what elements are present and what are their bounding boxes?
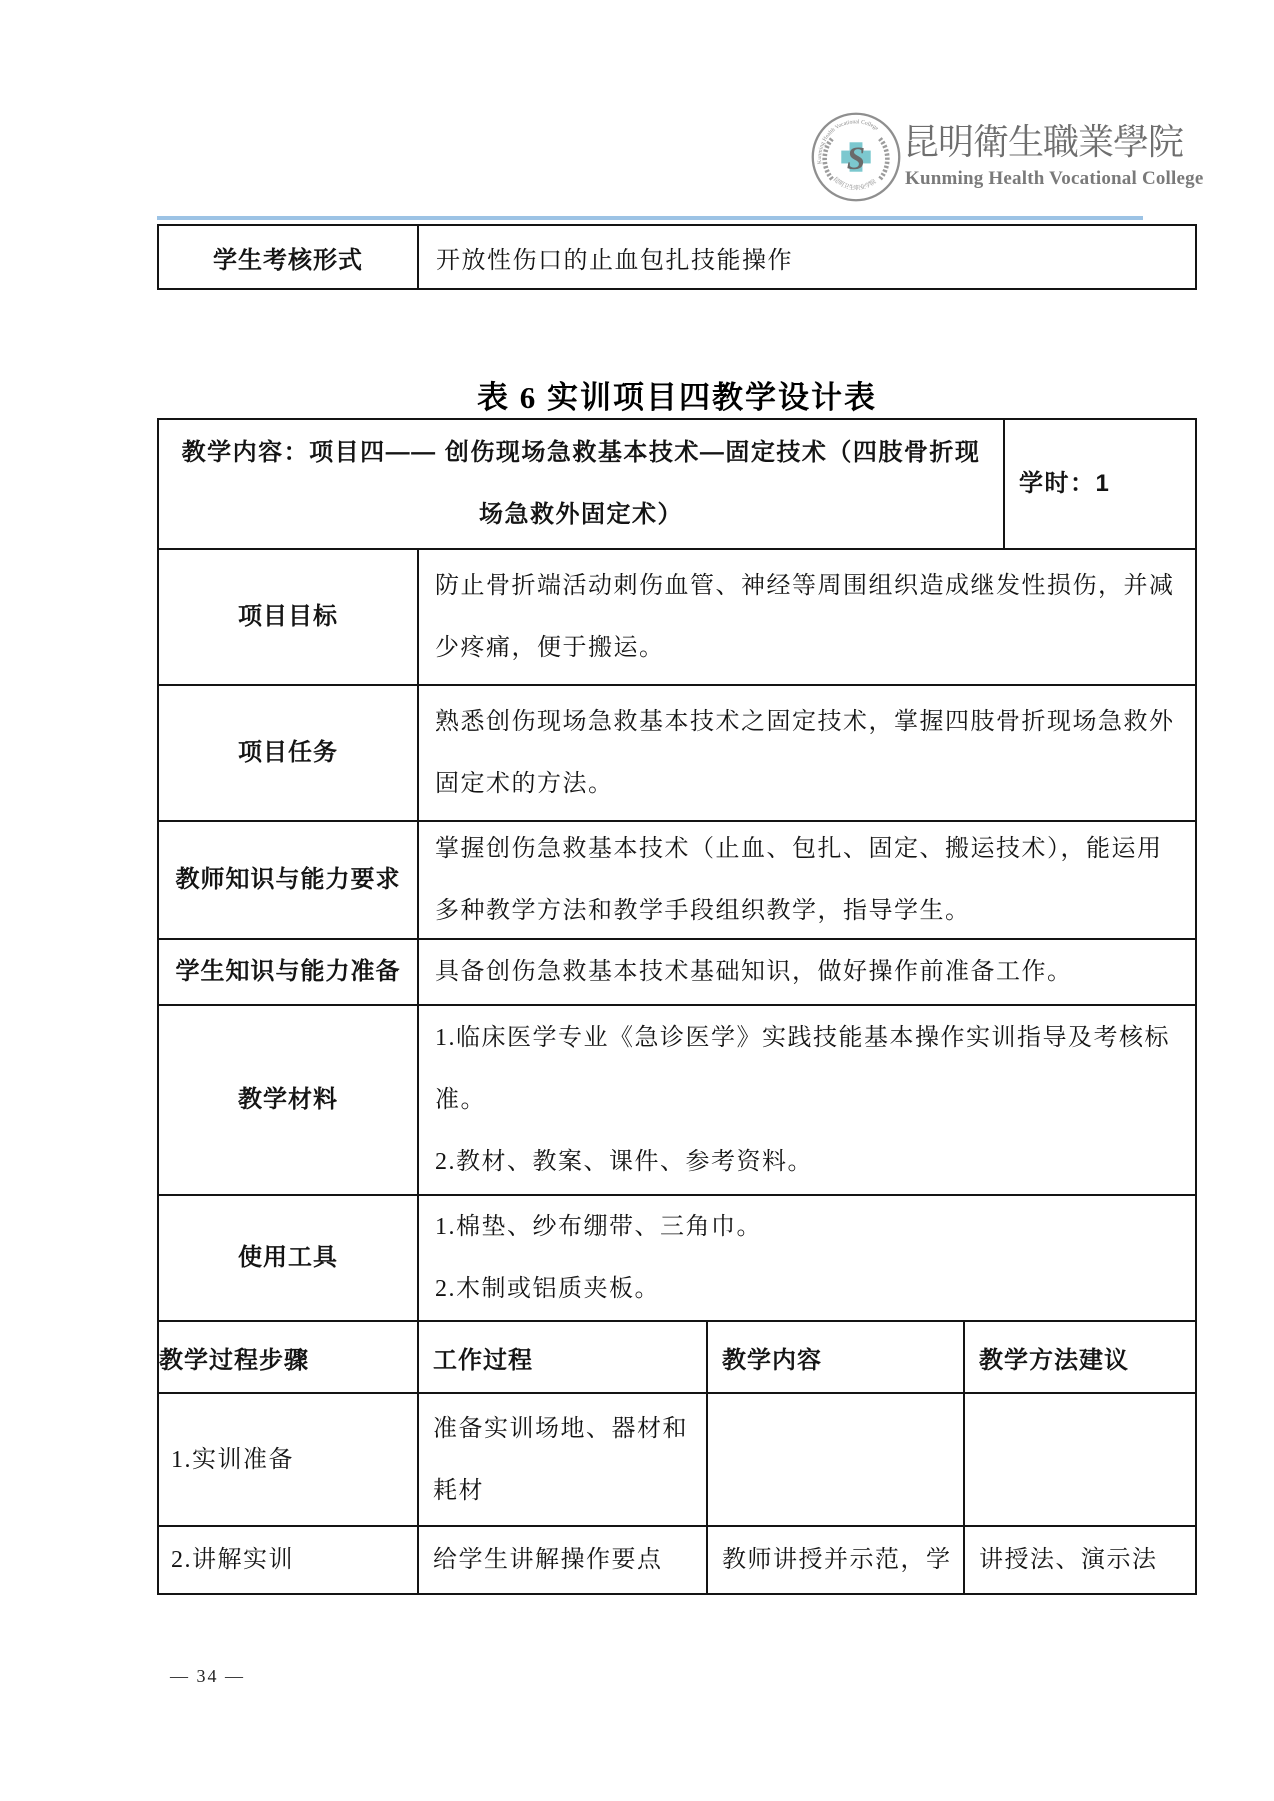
teaching-materials-content-cell: 1.临床医学专业《急诊医学》实践技能基本操作实训指导及考核标 准。 2.教材、教… — [417, 1006, 1195, 1194]
hours-cell: 学时：1 — [1003, 420, 1195, 548]
page-number: — 34 — — [170, 1666, 245, 1687]
project-task-label: 项目任务 — [238, 722, 338, 784]
hours-text: 学时：1 — [1019, 453, 1110, 515]
process2-work: 给学生讲解操作要点 — [433, 1529, 663, 1591]
project-task-content-cell: 熟悉创伤现场急救基本技术之固定技术，掌握四肢骨折现场急救外 固定术的方法。 — [417, 686, 1195, 820]
teaching-content-cell: 教学内容：项目四—— 创伤现场急救基本技术—固定技术（四肢骨折现 场急救外固定术… — [159, 420, 1003, 548]
process2-content-cell: 教师讲授并示范，学 — [706, 1527, 963, 1593]
teaching-materials-label: 教学材料 — [238, 1069, 338, 1131]
process2-work-cell: 给学生讲解操作要点 — [417, 1527, 706, 1593]
teacher-requirement-label-cell: 教师知识与能力要求 — [159, 822, 417, 938]
table6-title: 表 6 实训项目四教学设计表 — [157, 372, 1197, 417]
tools-content-cell: 1.棉垫、纱布绷带、三角巾。 2.木制或铝质夹板。 — [417, 1196, 1195, 1320]
college-name-calligraphy: 昆明衛生職業學院 — [903, 121, 1193, 165]
process2-method: 讲授法、演示法 — [979, 1529, 1158, 1591]
project-goal-label-cell: 项目目标 — [159, 550, 417, 684]
assessment-value-cell: 开放性伤口的止血包扎技能操作 — [417, 226, 1195, 288]
assessment-table: 学生考核形式 开放性伤口的止血包扎技能操作 — [157, 224, 1197, 290]
seal-snake-s: S — [847, 140, 865, 177]
project-goal-label: 项目目标 — [238, 586, 338, 648]
assessment-label-cell: 学生考核形式 — [159, 226, 417, 288]
college-seal-logo: Kunming Health Vocational College 昆明卫生职业… — [810, 111, 902, 203]
teaching-materials-text: 1.临床医学专业《急诊医学》实践技能基本操作实训指导及考核标 准。 2.教材、教… — [435, 1007, 1170, 1193]
process-header-method-cell: 教学方法建议 — [963, 1322, 1195, 1392]
process2-method-cell: 讲授法、演示法 — [963, 1527, 1195, 1593]
process-header-row: 教学过程步骤 工作过程 教学内容 教学方法建议 — [159, 1320, 1195, 1392]
student-preparation-text: 具备创伤急救基本技术基础知识，做好操作前准备工作。 — [435, 941, 1073, 1003]
process-row-2: 2.讲解实训 给学生讲解操作要点 教师讲授并示范，学 讲授法、演示法 — [159, 1525, 1195, 1593]
teacher-requirement-row: 教师知识与能力要求 掌握创伤急救基本技术（止血、包扎、固定、搬运技术），能运用 … — [159, 820, 1195, 938]
process1-method-cell — [963, 1394, 1195, 1525]
project-goal-content-cell: 防止骨折端活动刺伤血管、神经等周围组织造成继发性损伤，并减 少疼痛，便于搬运。 — [417, 550, 1195, 684]
project-goal-text: 防止骨折端活动刺伤血管、神经等周围组织造成继发性损伤，并减 少疼痛，便于搬运。 — [435, 555, 1175, 679]
student-preparation-label: 学生知识与能力准备 — [176, 941, 401, 1003]
college-name-english: Kunming Health Vocational College — [905, 168, 1195, 190]
process-header-content-cell: 教学内容 — [706, 1322, 963, 1392]
project-goal-row: 项目目标 防止骨折端活动刺伤血管、神经等周围组织造成继发性损伤，并减 少疼痛，便… — [159, 548, 1195, 684]
process-header-steps-cell: 教学过程步骤 — [159, 1322, 417, 1392]
process-row-1: 1.实训准备 准备实训场地、器材和 耗材 — [159, 1392, 1195, 1525]
student-preparation-label-cell: 学生知识与能力准备 — [159, 940, 417, 1004]
teacher-requirement-label: 教师知识与能力要求 — [176, 849, 401, 911]
process-header-work-cell: 工作过程 — [417, 1322, 706, 1392]
process-header-work: 工作过程 — [433, 1340, 533, 1375]
tools-label: 使用工具 — [238, 1227, 338, 1289]
teaching-materials-label-cell: 教学材料 — [159, 1006, 417, 1194]
document-page: Kunming Health Vocational College 昆明卫生职业… — [0, 0, 1274, 1801]
table6-design-table: 教学内容：项目四—— 创伤现场急救基本技术—固定技术（四肢骨折现 场急救外固定术… — [157, 418, 1197, 1595]
process2-step-cell: 2.讲解实训 — [159, 1527, 417, 1593]
header-divider-rule — [157, 216, 1143, 220]
process-header-steps: 教学过程步骤 — [159, 1340, 309, 1375]
process-header-content: 教学内容 — [722, 1340, 822, 1375]
process1-step-cell: 1.实训准备 — [159, 1394, 417, 1525]
project-task-label-cell: 项目任务 — [159, 686, 417, 820]
process1-content-cell — [706, 1394, 963, 1525]
student-preparation-content-cell: 具备创伤急救基本技术基础知识，做好操作前准备工作。 — [417, 940, 1195, 1004]
process2-content: 教师讲授并示范，学 — [722, 1529, 952, 1591]
teacher-requirement-content-cell: 掌握创伤急救基本技术（止血、包扎、固定、搬运技术），能运用 多种教学方法和教学手… — [417, 822, 1195, 938]
process1-work: 准备实训场地、器材和 耗材 — [433, 1398, 688, 1522]
teaching-content-text: 教学内容：项目四—— 创伤现场急救基本技术—固定技术（四肢骨折现 场急救外固定术… — [159, 422, 1003, 546]
tools-text: 1.棉垫、纱布绷带、三角巾。 2.木制或铝质夹板。 — [435, 1196, 762, 1320]
project-task-row: 项目任务 熟悉创伤现场急救基本技术之固定技术，掌握四肢骨折现场急救外 固定术的方… — [159, 684, 1195, 820]
process2-step: 2.讲解实训 — [171, 1529, 294, 1591]
tools-label-cell: 使用工具 — [159, 1196, 417, 1320]
teaching-materials-row: 教学材料 1.临床医学专业《急诊医学》实践技能基本操作实训指导及考核标 准。 2… — [159, 1004, 1195, 1194]
student-preparation-row: 学生知识与能力准备 具备创伤急救基本技术基础知识，做好操作前准备工作。 — [159, 938, 1195, 1004]
tools-row: 使用工具 1.棉垫、纱布绷带、三角巾。 2.木制或铝质夹板。 — [159, 1194, 1195, 1320]
process-header-method: 教学方法建议 — [979, 1340, 1129, 1375]
teaching-content-row: 教学内容：项目四—— 创伤现场急救基本技术—固定技术（四肢骨折现 场急救外固定术… — [159, 420, 1195, 548]
teacher-requirement-text: 掌握创伤急救基本技术（止血、包扎、固定、搬运技术），能运用 多种教学方法和教学手… — [435, 822, 1163, 938]
process1-step: 1.实训准备 — [171, 1429, 294, 1491]
project-task-text: 熟悉创伤现场急救基本技术之固定技术，掌握四肢骨折现场急救外 固定术的方法。 — [435, 691, 1175, 815]
process1-work-cell: 准备实训场地、器材和 耗材 — [417, 1394, 706, 1525]
